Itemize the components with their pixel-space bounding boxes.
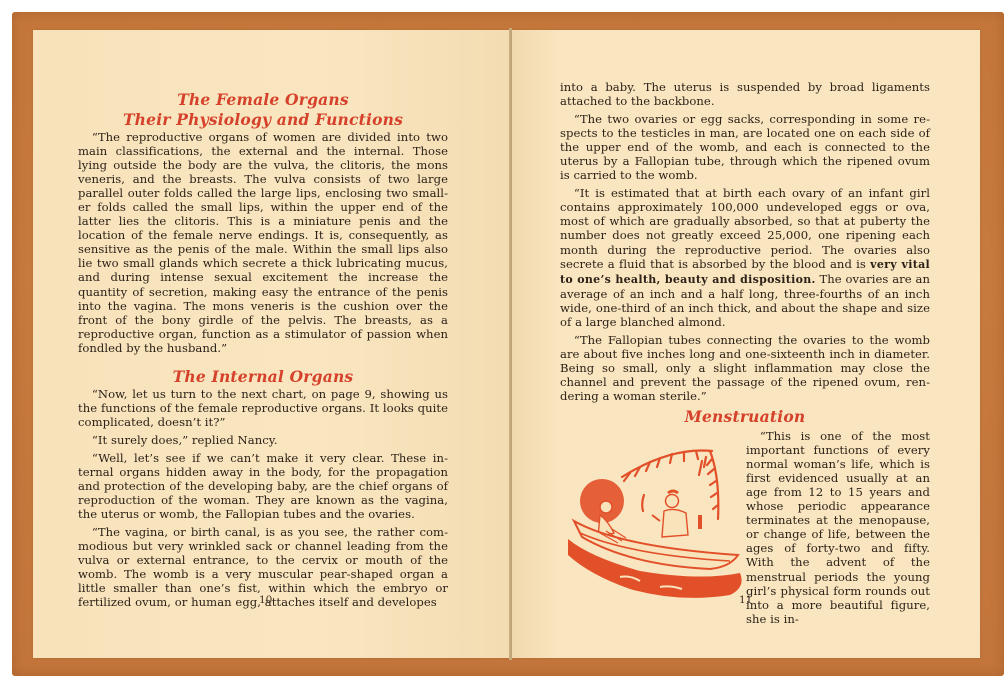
chapter-subtitle: Their Physiology and Functions bbox=[78, 110, 448, 130]
paragraph-external-organs: “The reproductive organs of women are di… bbox=[78, 130, 448, 355]
menstruation-text-column: “This is one of the most important funct… bbox=[746, 429, 930, 626]
paragraph-menstruation: “This is one of the most important funct… bbox=[746, 429, 930, 626]
paragraph-fallopian-tubes: “The Fallopian tubes connecting the ovar… bbox=[560, 333, 930, 403]
paragraph-ova-estimate: “It is estimated that at birth each ovar… bbox=[560, 186, 930, 328]
page-number-left: 10 bbox=[259, 594, 272, 606]
section-heading-internal-organs: The Internal Organs bbox=[78, 367, 448, 387]
chapter-title: The Female Organs bbox=[78, 90, 448, 110]
paragraph-nancy-reply: “It surely does,” replied Nancy. bbox=[78, 433, 448, 447]
left-page-text-column: The Female Organs Their Physiology and F… bbox=[78, 90, 448, 613]
menstruation-block: “This is one of the most important funct… bbox=[560, 429, 930, 659]
left-page: The Female Organs Their Physiology and F… bbox=[33, 30, 510, 658]
paragraph-internal-organs: “Well, let’s see if we can’t make it ver… bbox=[78, 451, 448, 521]
right-page-text-column: into a baby. The uterus is suspended by … bbox=[560, 80, 930, 659]
paragraph-uterus-continued: into a baby. The uterus is suspended by … bbox=[560, 80, 930, 108]
canoe-couple-illustration bbox=[560, 437, 750, 607]
section-heading-menstruation: Menstruation bbox=[560, 407, 930, 427]
paragraph-next-chart: “Now, let us turn to the next chart, on … bbox=[78, 387, 448, 429]
paragraph-ovaries: “The two ovaries or egg sacks, correspon… bbox=[560, 112, 930, 182]
page-number-right: 11 bbox=[739, 594, 752, 606]
right-page: into a baby. The uterus is suspended by … bbox=[512, 30, 980, 658]
